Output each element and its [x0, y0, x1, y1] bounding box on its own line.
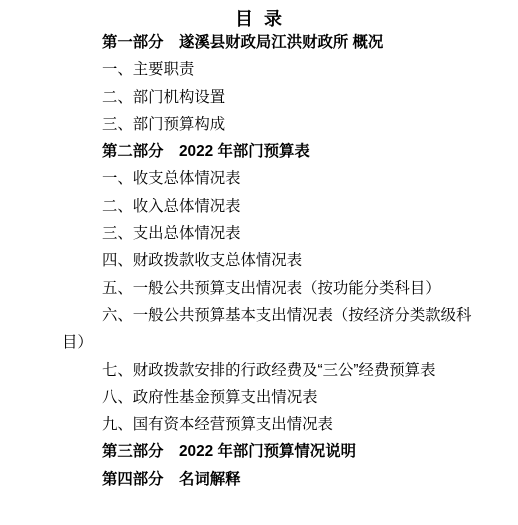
toc-section-heading: 第三部分 2022 年部门预算情况说明: [62, 438, 458, 465]
toc-section-heading: 第一部分 遂溪县财政局江洪财政所 概况: [62, 29, 458, 56]
toc-item: 六、一般公共预算基本支出情况表（按经济分类款级科: [62, 302, 458, 329]
toc-item: 目）: [62, 329, 458, 356]
toc-item: 二、部门机构设置: [62, 84, 458, 111]
toc-section-heading: 第四部分 名词解释: [62, 466, 458, 493]
document-page: 目 录 第一部分 遂溪县财政局江洪财政所 概况一、主要职责二、部门机构设置三、部…: [0, 0, 518, 525]
toc-title: 目 录: [0, 0, 518, 29]
toc-item: 三、支出总体情况表: [62, 220, 458, 247]
toc-item: 七、财政拨款安排的行政经费及“三公”经费预算表: [62, 357, 458, 384]
toc-item: 一、收支总体情况表: [62, 165, 458, 192]
toc-item: 八、政府性基金预算支出情况表: [62, 384, 458, 411]
toc-item: 二、收入总体情况表: [62, 193, 458, 220]
toc-item: 一、主要职责: [62, 56, 458, 83]
toc-lines: 第一部分 遂溪县财政局江洪财政所 概况一、主要职责二、部门机构设置三、部门预算构…: [0, 29, 518, 493]
toc-section-heading: 第二部分 2022 年部门预算表: [62, 138, 458, 165]
toc-item: 四、财政拨款收支总体情况表: [62, 247, 458, 274]
toc-item: 九、国有资本经营预算支出情况表: [62, 411, 458, 438]
toc-item: 三、部门预算构成: [62, 111, 458, 138]
toc-item: 五、一般公共预算支出情况表（按功能分类科目）: [62, 275, 458, 302]
